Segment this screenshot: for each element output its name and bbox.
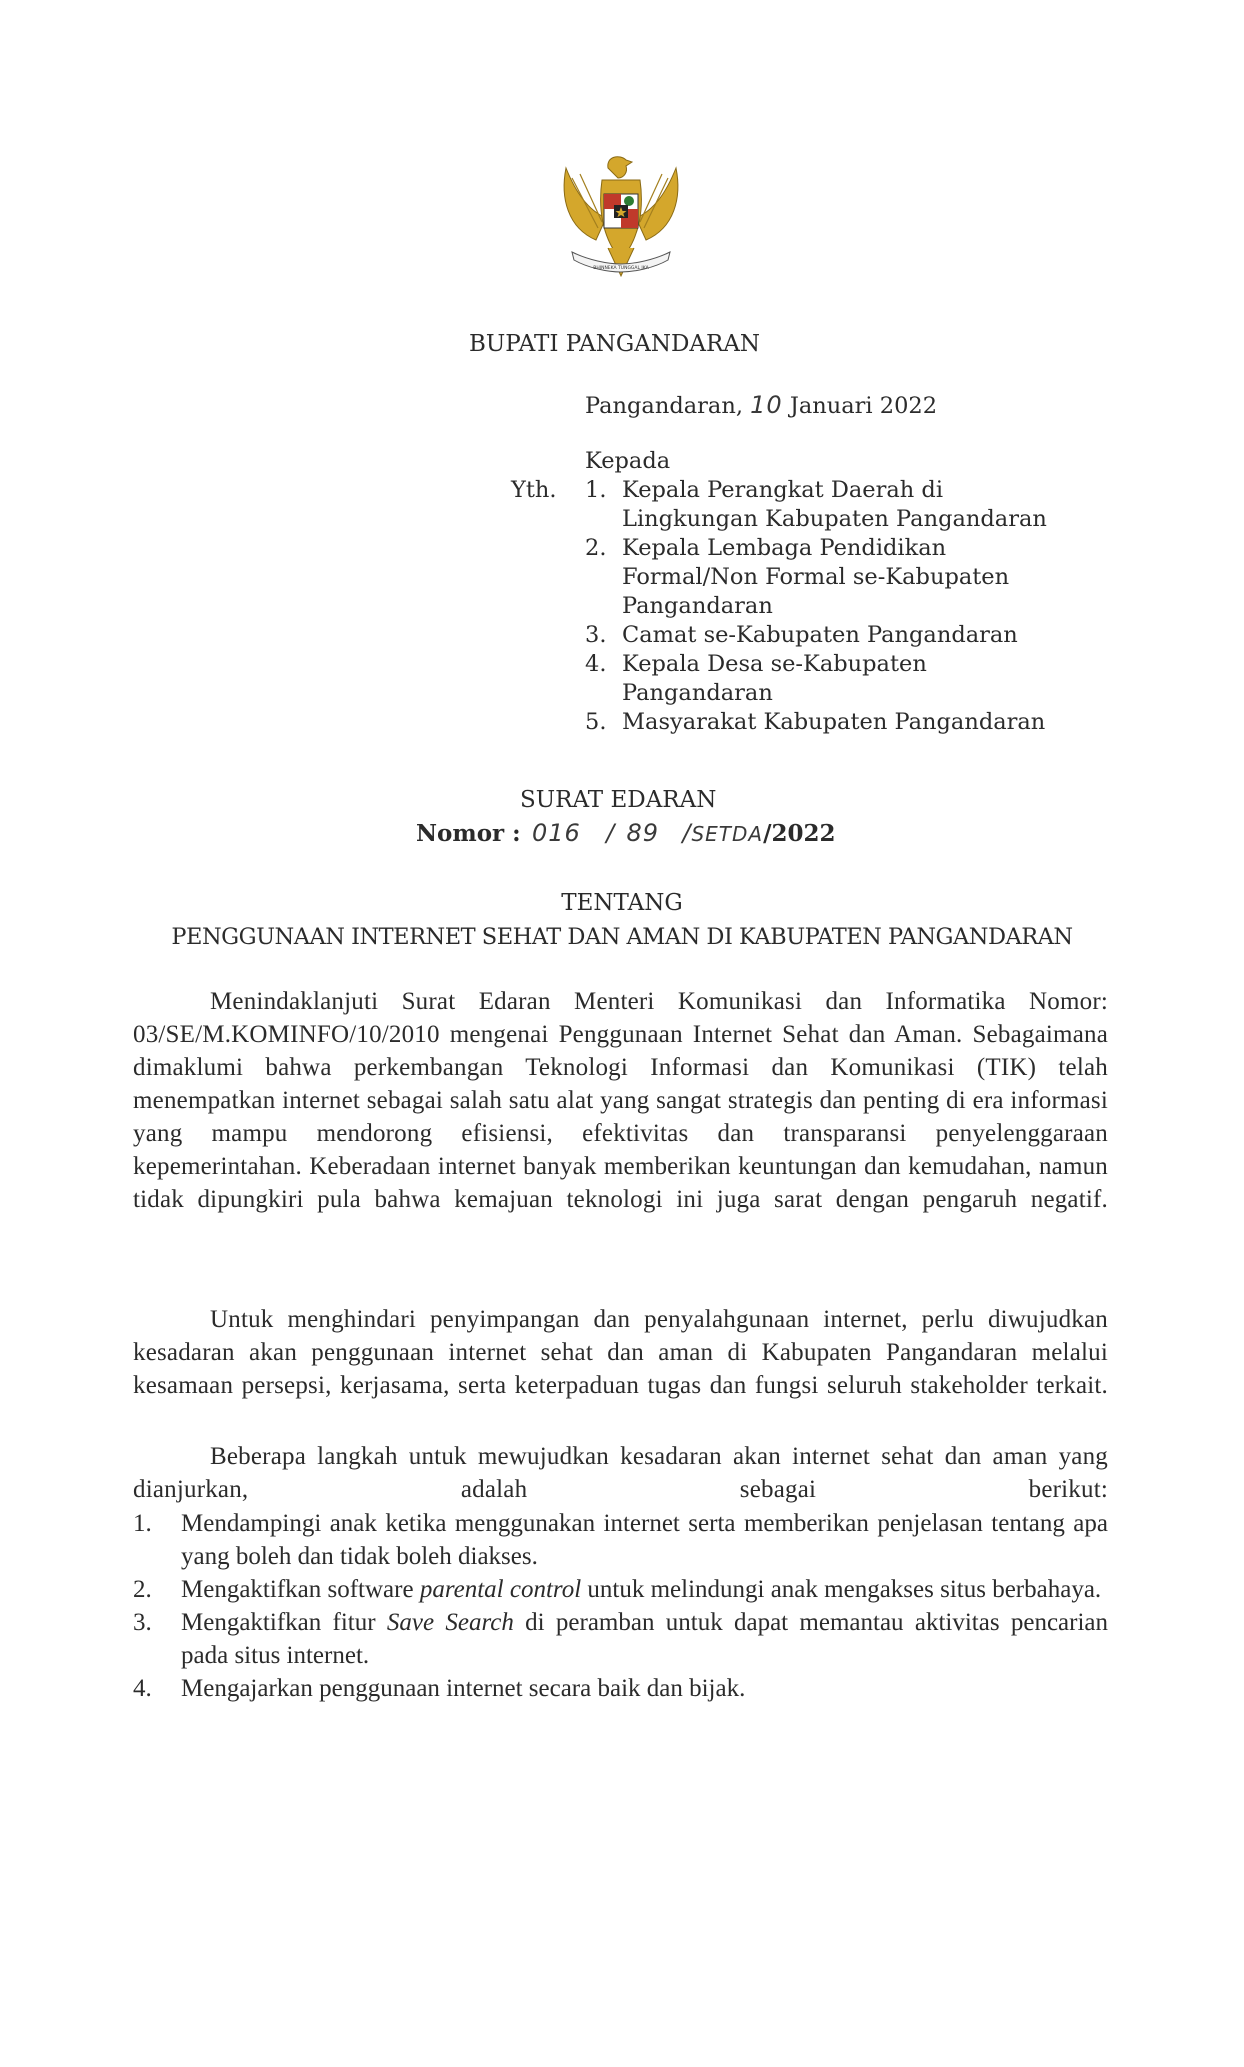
body-paragraph-2: Untuk menghindari penyimpangan dan penya… [133,1303,1108,1435]
step-item: 2. Mengaktifkan software parental contro… [133,1573,1108,1606]
yth-label: Yth. [511,476,557,505]
subject-title: PENGGUNAAN INTERNET SEHAT DAN AMAN DI KA… [0,923,1244,952]
letter-page: BHINNEKA TUNGGAL IKA BUPATI PANGANDARAN … [0,0,1244,2067]
letter-number: Nomor : 016 / 89 /SETDA/2022 [416,819,836,849]
step-emphasis: Save Search [387,1609,514,1636]
date-place: Pangandaran, [585,393,743,419]
subject-about-label: TENTANG [0,889,1244,918]
kepada-label: Kepada [585,447,670,476]
step-item: 4. Mengajarkan penggunaan internet secar… [133,1672,1108,1705]
nomor-handwritten-2: 89 [627,819,660,847]
recipient-list: 1. Kepala Perangkat Daerah di Lingkungan… [585,476,1047,737]
step-emphasis: parental control [420,1576,581,1603]
garuda-emblem-icon: BHINNEKA TUNGGAL IKA [558,148,684,288]
svg-text:BHINNEKA TUNGGAL IKA: BHINNEKA TUNGGAL IKA [593,265,649,271]
steps-list: 1. Mendampingi anak ketika menggunakan i… [133,1507,1108,1705]
recipient-item: 5. Masyarakat Kabupaten Pangandaran [585,708,1047,737]
recipient-item: 2. Kepala Lembaga Pendidikan Formal/Non … [585,534,1047,621]
letter-type-title: SURAT EDARAN [520,786,716,815]
nomor-suffix: /2022 [763,820,835,847]
recipient-item: 4. Kepala Desa se-Kabupaten Pangandaran [585,650,1047,708]
date-day-handwritten: 10 [750,391,783,419]
nomor-handwritten-1: 016 [532,819,581,847]
nomor-handwritten-3: SETDA [691,822,763,846]
step-item: 3. Mengaktifkan fitur Save Search di per… [133,1606,1108,1672]
date-line: Pangandaran, 10 Januari 2022 [585,391,937,421]
date-month-year: Januari 2022 [790,393,937,419]
issuer-title: BUPATI PANGANDARAN [469,330,760,359]
body-paragraph-1: Menindaklanjuti Surat Edaran Menteri Kom… [133,985,1108,1249]
recipient-item: 3. Camat se-Kabupaten Pangandaran [585,621,1047,650]
recipient-item: 1. Kepala Perangkat Daerah di Lingkungan… [585,476,1047,534]
nomor-label: Nomor : [416,820,521,847]
step-item: 1. Mendampingi anak ketika menggunakan i… [133,1507,1108,1573]
